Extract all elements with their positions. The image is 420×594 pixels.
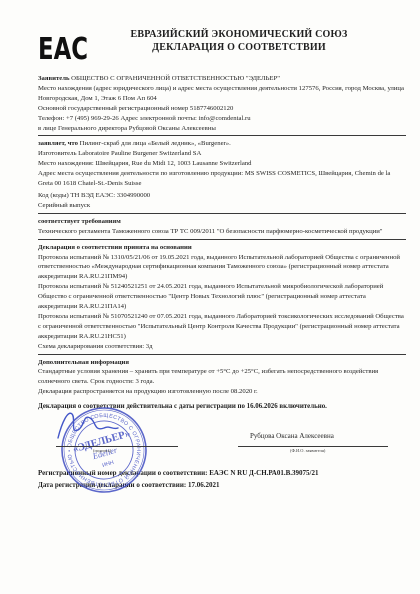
product-name: Пилинг-скраб для лица «Белый ледник», «B…: [80, 140, 231, 147]
storage-conditions: Стандартные условия хранения – хранить п…: [38, 367, 406, 387]
declares-label: заявляет, что: [38, 140, 78, 147]
signature-caption: (подпись): [93, 448, 111, 453]
additional-info-section: Дополнительная информация Стандартные ус…: [38, 358, 406, 398]
document-title: ЕВРАЗИЙСКИЙ ЭКОНОМИЧЕСКИЙ СОЮЗ ДЕКЛАРАЦИ…: [90, 28, 406, 54]
registration-number: ЕАЭС N RU Д-CH.РА01.В.39075/21: [209, 469, 318, 477]
title-line-1: ЕВРАЗИЙСКИЙ ЭКОНОМИЧЕСКИЙ СОЮЗ: [90, 28, 388, 41]
stamp-inn-text: ИНН: [102, 460, 115, 469]
basis-section: Декларация о соответствии принята на осн…: [38, 243, 406, 352]
applicant-ogrn: Основной государственный регистрационный…: [38, 104, 406, 114]
product-line: заявляет, что Пилинг-скраб для лица «Бел…: [38, 139, 406, 149]
protocol-2: Протокола испытаний № 51240521251 от 24.…: [38, 282, 406, 312]
eac-logo-icon: ЕАС: [38, 30, 90, 64]
signatory-name-line: [238, 446, 388, 447]
registration-date: 17.06.2021: [188, 481, 220, 489]
applicant-representative: в лице Генерального директора Рубцовой О…: [38, 124, 406, 134]
conformity-label: соответствует требованиям: [38, 217, 406, 227]
protocol-3: Протокола испытаний № 51070521240 от 07.…: [38, 312, 406, 342]
signature-line: [56, 446, 178, 447]
applicant-section: Заявитель ОБЩЕСТВО С ОГРАНИЧЕННОЙ ОТВЕТС…: [38, 74, 406, 133]
divider: [38, 239, 406, 240]
declaration-scheme: Схема декларирования соответствия: 3д: [38, 342, 406, 352]
conformity-section: соответствует требованиям Технического р…: [38, 217, 406, 237]
manufacturer-address: Место нахождения: Швейцария, Rue du Midi…: [38, 159, 406, 169]
handwritten-signature: [52, 404, 132, 451]
release-type: Серийный выпуск: [38, 201, 406, 211]
tnved-code: Код (коды) ТН ВЭД ЕАЭС: 3304990000: [38, 191, 406, 201]
divider: [38, 354, 406, 355]
applicant-contacts: Телефон: +7 (495) 969-29-26 Адрес электр…: [38, 114, 406, 124]
divider: [38, 135, 406, 136]
manufacturer: Изготовитель Laboratoire Pauline Burgene…: [38, 149, 406, 159]
divider: [38, 213, 406, 214]
production-address: Адрес места осуществления деятельности п…: [38, 169, 406, 189]
title-line-2: ДЕКЛАРАЦИЯ О СООТВЕТСТВИИ: [90, 41, 388, 54]
additional-label: Дополнительная информация: [38, 358, 406, 368]
signature-area: ОБЩЕСТВО С ОГРАНИЧЕННОЙ ОТВЕТСТВЕННОСТЬЮ…: [38, 416, 406, 468]
applicant-label: Заявитель: [38, 75, 70, 82]
signatory-name: Рубцова Оксана Алексеевна: [250, 432, 334, 440]
applicant-address: Место нахождения (адрес юридического лиц…: [38, 84, 406, 104]
signatory-name-caption: (Ф.И.О. заявителя): [290, 448, 325, 453]
declaration-page: ЕАС ЕВРАЗИЙСКИЙ ЭКОНОМИЧЕСКИЙ СОЮЗ ДЕКЛА…: [0, 0, 420, 594]
declares-section: заявляет, что Пилинг-скраб для лица «Бел…: [38, 139, 406, 210]
applicant-name-line: Заявитель ОБЩЕСТВО С ОГРАНИЧЕННОЙ ОТВЕТС…: [38, 74, 406, 84]
header: ЕАС ЕВРАЗИЙСКИЙ ЭКОНОМИЧЕСКИЙ СОЮЗ ДЕКЛА…: [38, 28, 406, 64]
protocol-1: Протокола испытаний № 1310/05/21/06 от 1…: [38, 253, 406, 283]
eac-logo-text: ЕАС: [38, 32, 88, 64]
applicant-name: ОБЩЕСТВО С ОГРАНИЧЕННОЙ ОТВЕТСТВЕННОСТЬЮ…: [71, 75, 280, 82]
conformity-text: Технического регламента Таможенного союз…: [38, 227, 406, 237]
basis-label: Декларация о соответствии принята на осн…: [38, 243, 406, 253]
